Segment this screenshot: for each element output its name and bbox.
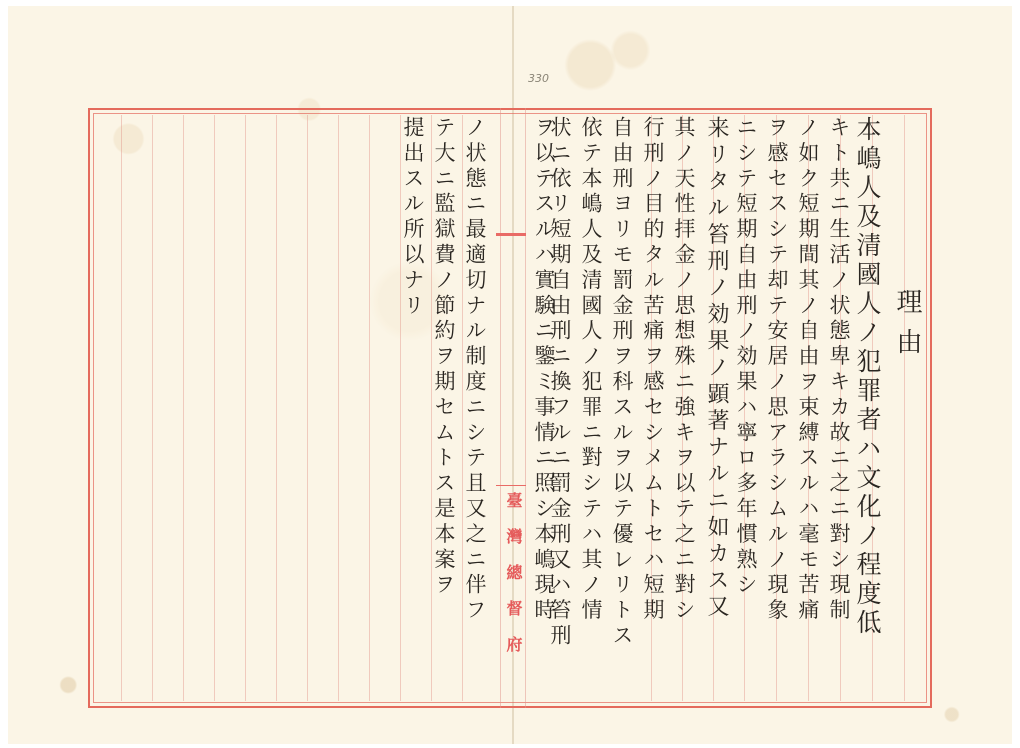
column-rule xyxy=(904,115,905,701)
page-number: 330 xyxy=(528,72,549,85)
text-column: 其ノ天性拝金ノ思想殊ニ強キヲ以テ之ニ對シ xyxy=(671,116,697,624)
text-column: 提出スル所以ナリ xyxy=(400,116,426,319)
text-column: 行刑ノ目的タル苦痛ヲ感セシメムトセハ短期 xyxy=(640,116,666,624)
center-mark xyxy=(496,233,526,236)
text-column: 自由刑ヨリモ罰金刑ヲ科スルヲ以テ優レリトス xyxy=(609,116,635,649)
column-rule xyxy=(245,115,246,701)
text-column: テ大ニ監獄費ノ節約ヲ期セムトス是本案ヲ xyxy=(431,116,457,599)
column-rule xyxy=(183,115,184,701)
text-column: 来リタル笞刑ノ効果ノ顕著ナルニ如カス又 xyxy=(702,116,730,621)
column-rule xyxy=(214,115,215,701)
column-rule xyxy=(307,115,308,701)
column-rule xyxy=(152,115,153,701)
text-column: ヲ以テスルハ實験ニ鑒ミ事情ニ照シ本嶋現時 xyxy=(531,116,557,624)
column-rule xyxy=(369,115,370,701)
text-column: ノ如ク短期間其ノ自由ヲ束縛スルハ毫モ苦痛 xyxy=(795,116,821,624)
text-column: ニシテ短期自由刑ノ効果ハ寧ロ多年慣熟シ xyxy=(733,116,759,599)
text-column: ノ状態ニ最適切ナル制度ニシテ且又之ニ伴フ xyxy=(462,116,488,624)
office-stamp: 臺灣總督府 xyxy=(502,492,524,672)
text-column: キト共ニ生活ノ状態卑キカ故ニ之ニ對シ現制 xyxy=(826,116,852,624)
text-column: 依テ本嶋人及清國人ノ犯罪ニ對シテハ其ノ情 xyxy=(578,116,604,624)
section-heading: 理由 xyxy=(889,288,926,368)
column-rule xyxy=(121,115,122,701)
column-rule xyxy=(338,115,339,701)
text-column: 本嶋人及清國人ノ犯罪者ハ文化ノ程度低 xyxy=(852,116,882,638)
text-column: ヲ感セスシテ却テ安居ノ思アラシムルノ現象 xyxy=(764,116,790,624)
stamp-top-rule xyxy=(496,485,526,486)
column-rule xyxy=(276,115,277,701)
